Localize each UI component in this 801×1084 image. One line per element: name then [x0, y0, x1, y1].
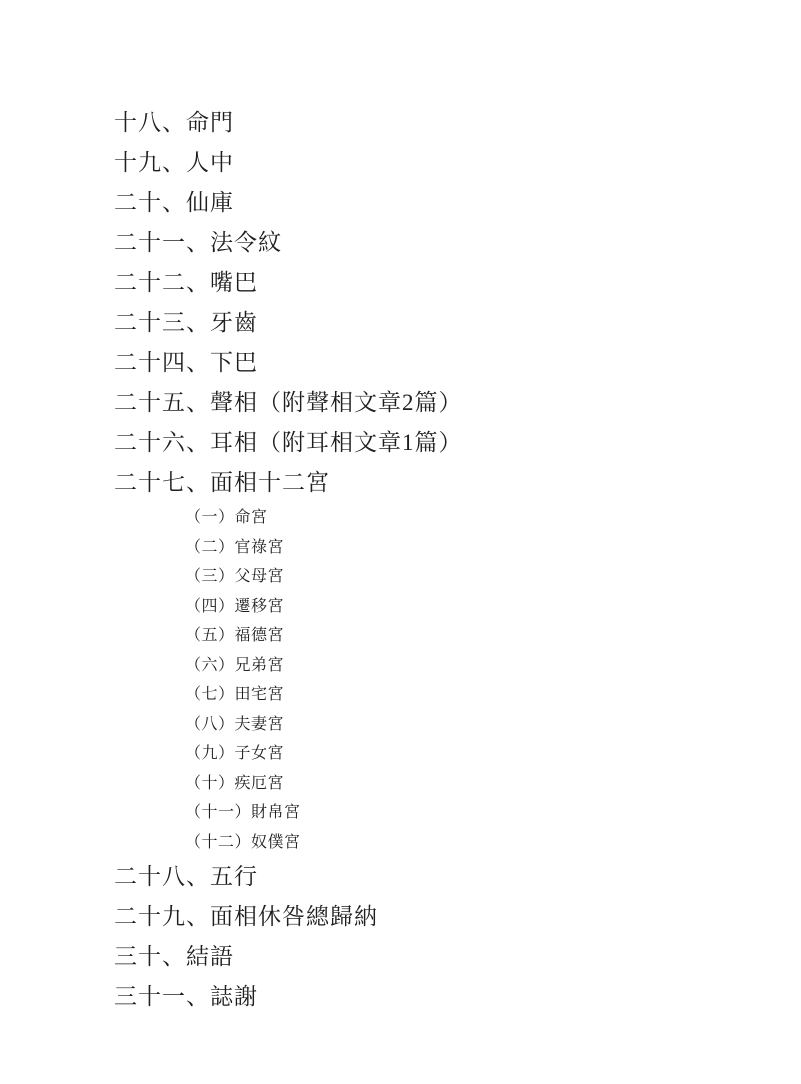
toc-item-main: 二十四、下巴 — [0, 343, 801, 383]
toc-item-main: 二十九、面相休咎總歸納 — [0, 897, 801, 937]
toc-item-sub: （十）疾厄宮 — [0, 769, 801, 799]
toc-item-sub: （五）福德宮 — [0, 621, 801, 651]
toc-item-sub: （二）官祿宮 — [0, 533, 801, 563]
toc-list: 十八、命門十九、人中二十、仙庫二十一、法令紋二十二、嘴巴二十三、牙齒二十四、下巴… — [0, 103, 801, 1017]
toc-item-sub: （十二）奴僕宮 — [0, 828, 801, 858]
toc-item-sub: （九）子女宮 — [0, 739, 801, 769]
document-page: 十八、命門十九、人中二十、仙庫二十一、法令紋二十二、嘴巴二十三、牙齒二十四、下巴… — [0, 0, 801, 1084]
toc-item-sub: （四）遷移宮 — [0, 592, 801, 622]
toc-item-sub: （十一）財帛宮 — [0, 798, 801, 828]
toc-item-main: 二十五、聲相（附聲相文章2篇） — [0, 383, 801, 423]
toc-item-main: 二十、仙庫 — [0, 183, 801, 223]
toc-item-main: 二十二、嘴巴 — [0, 263, 801, 303]
toc-item-main: 二十一、法令紋 — [0, 223, 801, 263]
toc-item-sub: （六）兄弟宮 — [0, 651, 801, 681]
toc-item-main: 三十、結語 — [0, 937, 801, 977]
toc-item-main: 二十七、面相十二宮 — [0, 463, 801, 503]
toc-item-main: 十九、人中 — [0, 143, 801, 183]
toc-item-main: 二十八、五行 — [0, 857, 801, 897]
toc-item-sub: （一）命宮 — [0, 503, 801, 533]
toc-item-sub: （三）父母宮 — [0, 562, 801, 592]
toc-item-main: 三十一、誌謝 — [0, 977, 801, 1017]
toc-item-sub: （七）田宅宮 — [0, 680, 801, 710]
toc-item-sub: （八）夫妻宮 — [0, 710, 801, 740]
toc-item-main: 二十六、耳相（附耳相文章1篇） — [0, 423, 801, 463]
toc-item-main: 十八、命門 — [0, 103, 801, 143]
toc-item-main: 二十三、牙齒 — [0, 303, 801, 343]
